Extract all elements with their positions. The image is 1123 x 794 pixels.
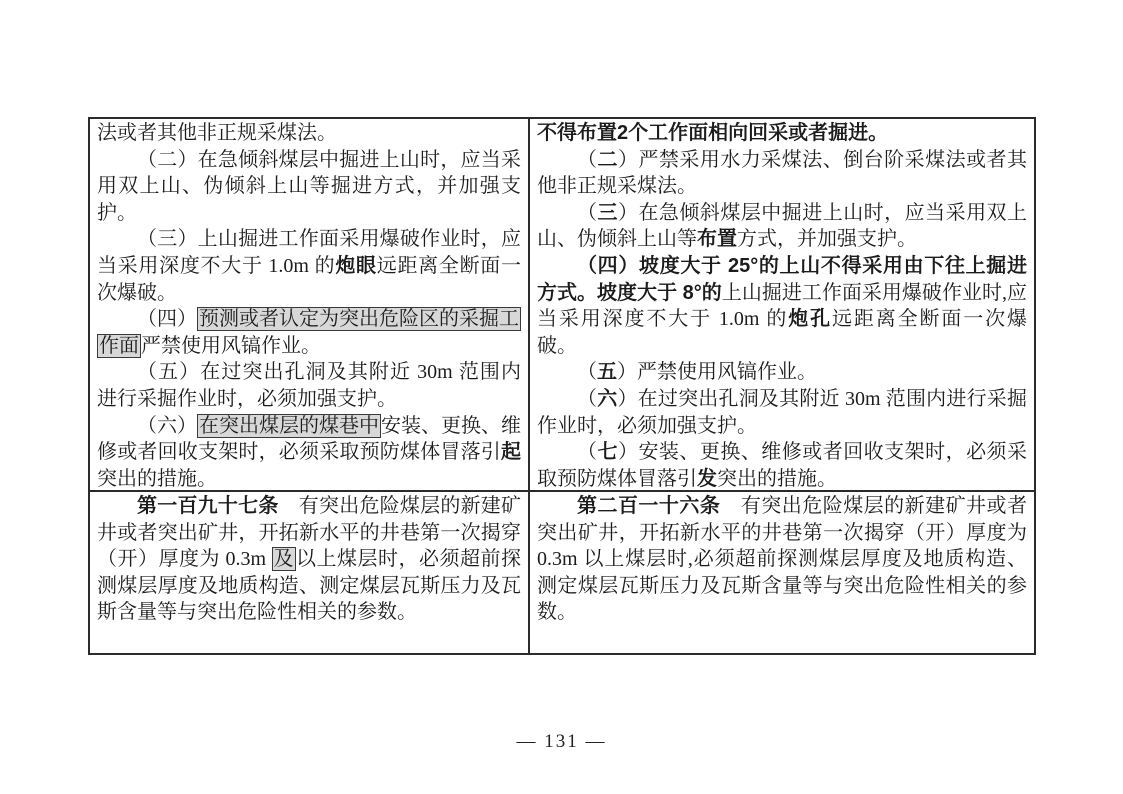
text-run: 突出的措施。 <box>717 468 837 490</box>
text-run: （ <box>577 149 597 171</box>
regulation-comparison-table: 法或者其他非正规采煤法。（二）在急倾斜煤层中掘进上山时，应当采用双上山、伪倾斜上… <box>88 117 1036 655</box>
table-cell-old-text-row1: 法或者其他非正规采煤法。（二）在急倾斜煤层中掘进上山时，应当采用双上山、伪倾斜上… <box>90 119 530 490</box>
text-run: 布置 <box>697 228 737 250</box>
paragraph: （六）在突出煤层的煤巷中安装、更换、维修或者回收支架时，必须采取预防煤体冒落引起… <box>97 413 521 490</box>
text-run: 发 <box>697 468 717 490</box>
paragraph: （五）严禁使用风镐作业。 <box>537 359 1027 386</box>
text-run: 炮孔 <box>788 308 832 330</box>
paragraph: （三）上山掘进工作面采用爆破作业时，应当采用深度不大于 1.0m 的炮眼远距离全… <box>97 226 521 306</box>
text-run: （二）在急倾斜煤层中掘进上山时，应当采用双上山、伪倾斜上山等掘进方式，并加强支护… <box>97 149 521 224</box>
paragraph: 第二百一十六条 有突出危险煤层的新建矿井或者突出矿井，开拓新水平的井巷第一次揭穿… <box>537 493 1027 626</box>
paragraph: 第一百九十七条 有突出危险煤层的新建矿井或者突出矿井，开拓新水平的井巷第一次揭穿… <box>97 493 521 626</box>
table-cell-new-text-row1: 不得布置2个工作面相向回采或者掘进。（二）严禁采用水力采煤法、倒台阶采煤法或者其… <box>530 119 1034 490</box>
text-run: 突出的措施。 <box>97 468 217 490</box>
revision-highlight-text: 及 <box>272 547 297 571</box>
text-run: （ <box>577 202 597 224</box>
text-run: （五）在过突出孔洞及其附近 30m 范围内进行采掘作业时，必须加强支护。 <box>97 361 521 410</box>
text-run: ）严禁使用风镐作业。 <box>617 361 817 383</box>
text-run: 第一百九十七条 <box>137 495 279 517</box>
text-run: 炮眼 <box>335 255 376 277</box>
table-cell-new-text-row2: 第二百一十六条 有突出危险煤层的新建矿井或者突出矿井，开拓新水平的井巷第一次揭穿… <box>530 492 1034 653</box>
paragraph: （二）在急倾斜煤层中掘进上山时，应当采用双上山、伪倾斜上山等掘进方式，并加强支护… <box>97 147 521 227</box>
paragraph: （七）安装、更换、维修或者回收支架时，必须采取预防煤体冒落引发突出的措施。 <box>537 439 1027 490</box>
text-run: （ <box>577 441 597 463</box>
page-number: — 131 — <box>0 731 1123 753</box>
paragraph: 法或者其他非正规采煤法。 <box>97 120 521 147</box>
paragraph: 不得布置2个工作面相向回采或者掘进。 <box>537 120 1027 147</box>
text-run: 第二百一十六条 <box>577 495 720 517</box>
paragraph: （六）在过突出孔洞及其附近 30m 范围内进行采掘作业时，必须加强支护。 <box>537 386 1027 439</box>
table-row: 法或者其他非正规采煤法。（二）在急倾斜煤层中掘进上山时，应当采用双上山、伪倾斜上… <box>90 119 1034 492</box>
text-run: 五 <box>597 361 617 383</box>
text-run: 六 <box>597 388 617 410</box>
text-run: 方式，并加强支护。 <box>737 228 917 250</box>
text-run: 不得布置2个工作面相向回采或者掘进。 <box>537 122 888 144</box>
text-run: （ <box>577 388 597 410</box>
paragraph: （四）坡度大于 25°的上山不得采用由下往上掘进方式。坡度大于 8°的上山掘进工… <box>537 253 1027 359</box>
text-run: （ <box>577 361 597 383</box>
document-page: { "page": { "footer_page_number": "— 131… <box>0 0 1123 794</box>
text-run: 严禁使用风镐作业。 <box>141 335 321 357</box>
paragraph: （三）在急倾斜煤层中掘进上山时，应当采用双上山、伪倾斜上山等布置方式，并加强支护… <box>537 200 1027 253</box>
paragraph: （五）在过突出孔洞及其附近 30m 范围内进行采掘作业时，必须加强支护。 <box>97 359 521 412</box>
revision-highlight-text: 在突出煤层的煤巷中 <box>197 414 381 438</box>
text-run: 法或者其他非正规采煤法。 <box>97 122 337 144</box>
text-run: （六） <box>137 415 197 437</box>
table-row: 第一百九十七条 有突出危险煤层的新建矿井或者突出矿井，开拓新水平的井巷第一次揭穿… <box>90 492 1034 653</box>
table-cell-old-text-row2: 第一百九十七条 有突出危险煤层的新建矿井或者突出矿井，开拓新水平的井巷第一次揭穿… <box>90 492 530 653</box>
text-run: 七 <box>597 441 617 463</box>
text-run: （四） <box>137 308 197 330</box>
text-run: 起 <box>501 441 521 463</box>
paragraph: （四）预测或者认定为突出危险区的采掘工作面严禁使用风镐作业。 <box>97 306 521 359</box>
text-run: 二 <box>597 149 617 171</box>
text-run: 三 <box>597 202 617 224</box>
paragraph: （二）严禁采用水力采煤法、倒台阶采煤法或者其他非正规采煤法。 <box>537 147 1027 200</box>
